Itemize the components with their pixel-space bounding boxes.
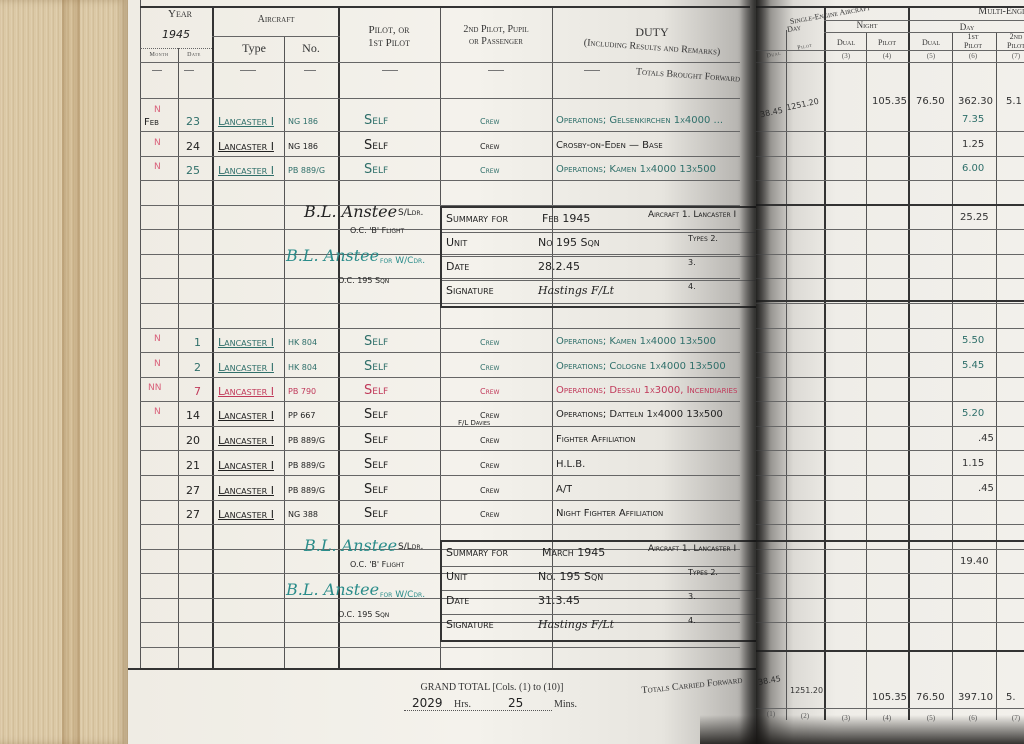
row-rule bbox=[140, 401, 740, 402]
dash bbox=[382, 70, 398, 71]
row-rule bbox=[756, 549, 1024, 550]
row-rule bbox=[140, 328, 740, 329]
col6-entry-value: .45 bbox=[978, 483, 994, 494]
monthly-summary-box: Summary forMarch 1945Aircraft 1. Lancast… bbox=[440, 540, 756, 642]
year-value: 1945 bbox=[162, 28, 190, 41]
second-pilot-line2: Pilot bbox=[996, 41, 1024, 50]
dash bbox=[304, 70, 316, 71]
entry-date: 25 bbox=[186, 164, 200, 177]
night-flag: N bbox=[154, 334, 161, 344]
row-rule bbox=[140, 500, 740, 501]
col6-entry-value: 7.35 bbox=[962, 114, 984, 125]
row-rule bbox=[756, 426, 1024, 427]
row-rule bbox=[140, 450, 740, 451]
log-entry-row[interactable]: 20Lancaster IPB 889/GSelfCrewFighter Aff… bbox=[128, 430, 738, 450]
row-rule bbox=[140, 156, 740, 157]
mar-summary-col6: 19.40 bbox=[960, 556, 989, 567]
col6-entry-value: 5.20 bbox=[962, 408, 984, 419]
entry-pilot: Self bbox=[364, 506, 388, 521]
bf-col5: 76.50 bbox=[916, 96, 945, 107]
feb-summary-col6: 25.25 bbox=[960, 212, 989, 223]
entry-pilot: Self bbox=[364, 457, 388, 472]
entry-aircraft-type: Lancaster I bbox=[218, 434, 274, 447]
signoff-1-role: O.C. 'B' Flight bbox=[350, 560, 404, 569]
first-pilot-6-header: 1st Pilot bbox=[952, 32, 994, 50]
night-flag: N bbox=[154, 138, 161, 148]
header-rule bbox=[756, 50, 1024, 51]
header-bottom-rule bbox=[756, 62, 1024, 63]
pilot-header-line2: 1st Pilot bbox=[338, 37, 440, 50]
entry-duty: Operations; Cologne 1x4000 13x500 bbox=[556, 361, 726, 372]
entry-aircraft-no: PB 889/G bbox=[288, 461, 325, 470]
row-rule bbox=[756, 622, 1024, 623]
log-entry-row[interactable]: NFeb23Lancaster ING 186SelfCrewOperation… bbox=[128, 111, 738, 131]
row-rule bbox=[140, 98, 740, 99]
col-no-6: (6) bbox=[952, 52, 994, 60]
bf-col2: 1251.20 bbox=[785, 97, 819, 113]
entry-pilot: Self bbox=[364, 407, 388, 422]
grand-total-minutes: 25 bbox=[508, 696, 523, 710]
entry-aircraft-no: PB 889/G bbox=[288, 166, 325, 175]
signoff-2-rank: for W/Cdr. bbox=[380, 256, 425, 266]
summary-title-label: Summary for bbox=[446, 212, 508, 225]
colno-rule bbox=[756, 708, 1024, 709]
row-rule bbox=[756, 450, 1024, 451]
bottom-col-no-7: (7) bbox=[996, 714, 1024, 722]
row-rule bbox=[140, 475, 740, 476]
entry-second-pilot: Crew bbox=[480, 166, 499, 175]
entry-duty: Operations; Datteln 1x4000 13x500 bbox=[556, 409, 723, 420]
row-rule bbox=[756, 303, 1024, 304]
row-rule bbox=[756, 475, 1024, 476]
header-rule bbox=[824, 20, 1024, 21]
pilot-4-header: Pilot bbox=[866, 38, 908, 47]
summary-signature-label: Signature bbox=[446, 284, 494, 297]
summary-unit-value: No 195 Sqn bbox=[538, 236, 600, 249]
summary-rule bbox=[756, 300, 1024, 302]
mins-label: Mins. bbox=[554, 699, 577, 710]
signoff-1-rank: S/Ldr. bbox=[398, 208, 423, 218]
page-bottom-rule bbox=[128, 668, 756, 670]
left-page: Year 1945 Month Date Aircraft Type No. P… bbox=[128, 0, 756, 744]
entry-second-pilot: Crew bbox=[480, 510, 499, 519]
col6-entry-value: 1.15 bbox=[962, 458, 984, 469]
entry-date: 23 bbox=[186, 115, 200, 128]
summary-title-value: March 1945 bbox=[542, 546, 605, 559]
header-top-rule bbox=[756, 6, 1024, 8]
night-flag: N bbox=[154, 162, 161, 172]
col6-entry-value: 6.00 bbox=[962, 163, 984, 174]
bottom-col-no-6: (6) bbox=[952, 714, 994, 722]
entry-aircraft-no: PP 667 bbox=[288, 411, 315, 420]
summary-date-aux: 3. bbox=[688, 592, 696, 601]
dash bbox=[488, 70, 504, 71]
year-rule bbox=[140, 48, 212, 50]
col-no-7: (7) bbox=[996, 52, 1024, 60]
page-edge-band bbox=[62, 0, 80, 744]
log-entry-row[interactable]: N24Lancaster ING 186SelfCrewCrosby-on-Ed… bbox=[128, 136, 738, 156]
summary-signature-value: Hastings F/Lt bbox=[538, 618, 614, 631]
signoff-2-signature: B.L. Anstee bbox=[286, 580, 379, 599]
bf-col4: 105.35 bbox=[872, 96, 907, 107]
second-pilot-line1: 2nd bbox=[996, 32, 1024, 41]
bf-col7: 5.1 bbox=[1006, 96, 1022, 107]
entry-second-pilot: Crew bbox=[480, 436, 499, 445]
summary-title-value: Feb 1945 bbox=[542, 212, 590, 225]
signoff-1-signature: B.L. Anstee bbox=[304, 536, 397, 555]
bf-col1: 38.45 bbox=[759, 106, 783, 120]
entry-aircraft-type: Lancaster I bbox=[218, 336, 274, 349]
column-rule bbox=[824, 6, 826, 720]
summary-date-label: Date bbox=[446, 594, 469, 607]
summary-unit-value: No. 195 Sqn bbox=[538, 570, 603, 583]
dash bbox=[184, 70, 194, 71]
row-rule bbox=[756, 573, 1024, 574]
dual-3-header: Dual bbox=[826, 38, 866, 47]
day-header-me: Day bbox=[908, 22, 1024, 32]
summary-date-value: 28.2.45 bbox=[538, 260, 580, 273]
col6-entry-value: 1.25 bbox=[962, 139, 984, 150]
entry-date: 7 bbox=[194, 385, 201, 398]
entry-duty: Operations; Dessau 1x3000, Incendiaries bbox=[556, 385, 737, 396]
entry-second-pilot: Crew bbox=[480, 338, 499, 347]
entry-duty: Operations; Kamen 1x4000 13x500 bbox=[556, 164, 716, 175]
entry-second-pilot: Crew bbox=[480, 142, 499, 151]
entry-second-pilot: Crew bbox=[480, 387, 499, 396]
entry-date: 14 bbox=[186, 409, 200, 422]
entry-aircraft-type: Lancaster I bbox=[218, 140, 274, 153]
header-top-rule bbox=[140, 6, 750, 8]
date-header: Date bbox=[178, 52, 210, 59]
dual-1-header: Dual bbox=[760, 49, 789, 62]
entry-aircraft-no: NG 186 bbox=[288, 117, 318, 126]
log-entry-row[interactable]: N2Lancaster IHK 804SelfCrewOperations; C… bbox=[128, 357, 738, 377]
entry-second-pilot: Crew bbox=[480, 117, 499, 126]
entry-aircraft-type: Lancaster I bbox=[218, 361, 274, 374]
row-rule bbox=[756, 500, 1024, 501]
summary-unit-label: Unit bbox=[446, 236, 467, 249]
aircraft-header: Aircraft bbox=[214, 14, 338, 26]
entry-pilot: Self bbox=[364, 432, 388, 447]
entry-pilot: Self bbox=[364, 383, 388, 398]
log-entry-row[interactable]: NN7Lancaster IPB 790SelfCrewOperations; … bbox=[128, 381, 738, 401]
entry-duty: Crosby-on-Eden — Base bbox=[556, 140, 663, 151]
entry-pilot: Self bbox=[364, 334, 388, 349]
row-rule bbox=[756, 278, 1024, 279]
signoff-1-role: O.C. 'B' Flight bbox=[350, 226, 404, 235]
cf-col5: 76.50 bbox=[916, 692, 945, 703]
first-pilot-line2: Pilot bbox=[952, 41, 994, 50]
row-rule bbox=[756, 524, 1024, 525]
second-pilot-header: 2nd Pilot, Pupil or Passenger bbox=[440, 24, 552, 47]
col6-entry-value: 5.50 bbox=[962, 335, 984, 346]
night-flag: N bbox=[154, 359, 161, 369]
column-rule bbox=[786, 30, 787, 720]
grand-total-label: GRAND TOTAL [Cols. (1) to (10)] bbox=[392, 682, 592, 694]
entry-aircraft-type: Lancaster I bbox=[218, 459, 274, 472]
row-rule bbox=[756, 156, 1024, 157]
entry-aircraft-no: NG 186 bbox=[288, 142, 318, 151]
type-header: Type bbox=[214, 42, 294, 56]
entry-second-pilot: Crew bbox=[480, 486, 499, 495]
entry-duty: Operations; Gelsenkirchen 1x4000 ... bbox=[556, 115, 723, 126]
bottom-col-no-4: (4) bbox=[866, 714, 908, 722]
monthly-summary-box: Summary forFeb 1945Aircraft 1. Lancaster… bbox=[440, 206, 756, 308]
entry-date: 27 bbox=[186, 484, 200, 497]
col-no-4: (4) bbox=[866, 52, 908, 60]
summary-title-aux: Aircraft 1. Lancaster I bbox=[648, 544, 736, 554]
summary-title-aux: Aircraft 1. Lancaster I bbox=[648, 210, 736, 220]
summary-rule bbox=[756, 204, 1024, 206]
entry-pilot: Self bbox=[364, 113, 388, 128]
log-entry-row[interactable]: N25Lancaster IPB 889/GSelfCrewOperations… bbox=[128, 160, 738, 180]
summary-row-rule bbox=[442, 590, 756, 591]
bottom-col-no-2: (2) bbox=[786, 712, 824, 720]
column-rule bbox=[952, 32, 953, 720]
entry-aircraft-type: Lancaster I bbox=[218, 409, 274, 422]
second-pilot-header-line1: 2nd Pilot, Pupil bbox=[440, 24, 552, 36]
cf-col2: 1251.20 bbox=[790, 686, 823, 695]
entry-month: Feb bbox=[144, 117, 159, 128]
entry-aircraft-type: Lancaster I bbox=[218, 508, 274, 521]
second-pilot-7-header: 2nd Pilot bbox=[996, 32, 1024, 50]
entry-aircraft-no: NG 388 bbox=[288, 510, 318, 519]
entry-pilot: Self bbox=[364, 162, 388, 177]
grand-total-line: 2029 Hrs. 25 Mins. bbox=[404, 698, 604, 712]
pilot-2-header: Pilot bbox=[788, 41, 823, 55]
entry-aircraft-no: HK 804 bbox=[288, 363, 317, 372]
pilot-header: Pilot, or 1st Pilot bbox=[338, 24, 440, 49]
row-rule bbox=[756, 131, 1024, 132]
summary-signature-aux: 4. bbox=[688, 616, 696, 625]
row-rule bbox=[756, 180, 1024, 181]
row-rule bbox=[756, 229, 1024, 230]
night-flag: NN bbox=[148, 383, 161, 393]
header-bottom-rule bbox=[140, 62, 740, 63]
row-rule bbox=[140, 524, 740, 525]
bf-col6: 362.30 bbox=[958, 96, 993, 107]
row-rule bbox=[756, 328, 1024, 329]
col6-entry-value: 5.45 bbox=[962, 360, 984, 371]
entry-duty: Fighter Affiliation bbox=[556, 434, 636, 445]
entry-pilot: Self bbox=[364, 359, 388, 374]
night-header: Night bbox=[826, 20, 908, 30]
entry-date: 27 bbox=[186, 508, 200, 521]
col-no-5: (5) bbox=[910, 52, 952, 60]
signoff-2-role: O.C. 195 Sqn bbox=[338, 276, 389, 285]
entry-aircraft-type: Lancaster I bbox=[218, 164, 274, 177]
dual-5-header: Dual bbox=[910, 38, 952, 47]
entry-aircraft-no: HK 804 bbox=[288, 338, 317, 347]
row-rule bbox=[140, 426, 740, 427]
entry-second-pilot: Crew bbox=[480, 461, 499, 470]
log-entry-row[interactable]: N1Lancaster IHK 804SelfCrewOperations; K… bbox=[128, 332, 738, 352]
entry-date: 21 bbox=[186, 459, 200, 472]
signoff-1-rank: S/Ldr. bbox=[398, 542, 423, 552]
row-rule bbox=[756, 401, 1024, 402]
entry-pilot: Self bbox=[364, 138, 388, 153]
bottom-col-no-5: (5) bbox=[910, 714, 952, 722]
dash bbox=[152, 70, 162, 71]
signoff-2-role: O.C. 195 Sqn bbox=[338, 610, 389, 619]
row-rule bbox=[756, 377, 1024, 378]
entry-aircraft-type: Lancaster I bbox=[218, 484, 274, 497]
entry-duty: H.L.B. bbox=[556, 459, 585, 470]
grand-total-hours: 2029 bbox=[412, 696, 443, 710]
row-rule bbox=[756, 352, 1024, 353]
entry-aircraft-no: PB 889/G bbox=[288, 486, 325, 495]
summary-rule bbox=[756, 540, 1024, 542]
log-entry-row[interactable]: 27Lancaster IPB 889/GSelfCrewA/T bbox=[128, 480, 738, 500]
entry-date: 20 bbox=[186, 434, 200, 447]
summary-unit-aux: Types 2. bbox=[688, 568, 718, 577]
pilot-header-line1: Pilot, or bbox=[338, 24, 440, 37]
summary-unit-aux: Types 2. bbox=[688, 234, 718, 243]
header-rule bbox=[824, 32, 1024, 33]
row-rule bbox=[756, 598, 1024, 599]
column-rule bbox=[866, 32, 867, 720]
dash bbox=[584, 70, 600, 71]
month-header: Month bbox=[142, 52, 176, 59]
entry-pilot: Self bbox=[364, 482, 388, 497]
summary-date-aux: 3. bbox=[688, 258, 696, 267]
summary-row-rule bbox=[442, 256, 756, 257]
book-page-edges bbox=[0, 0, 128, 744]
entry-aircraft-type: Lancaster I bbox=[218, 385, 274, 398]
summary-row-rule bbox=[442, 566, 756, 567]
entry-aircraft-no: PB 790 bbox=[288, 387, 316, 396]
summary-row-rule bbox=[442, 280, 756, 281]
entry-duty: A/T bbox=[556, 484, 572, 495]
row-rule bbox=[140, 180, 740, 181]
row-rule bbox=[140, 377, 740, 378]
summary-date-value: 31.3.45 bbox=[538, 594, 580, 607]
log-entry-row[interactable]: 21Lancaster IPB 889/GSelfCrewH.L.B. bbox=[128, 455, 738, 475]
summary-title-label: Summary for bbox=[446, 546, 508, 559]
totals-carried-forward: Totals Carried Forward bbox=[622, 673, 756, 699]
entry-duty: Operations; Kamen 1x4000 13x500 bbox=[556, 336, 716, 347]
signoff-2-rank: for W/Cdr. bbox=[380, 590, 425, 600]
entry-date: 1 bbox=[194, 336, 201, 349]
entry-duty: Night Fighter Affiliation bbox=[556, 508, 663, 519]
summary-row-rule bbox=[442, 614, 756, 615]
cf-col7: 5. bbox=[1006, 692, 1016, 703]
signoff-2-signature: B.L. Anstee bbox=[286, 246, 379, 265]
right-page: Single-Engine Aircraft Multi-Engine Day … bbox=[756, 0, 1024, 744]
cf-col6: 397.10 bbox=[958, 692, 993, 703]
entry-date: 2 bbox=[194, 361, 201, 374]
entry-second-pilot-note: F/L Davies bbox=[458, 419, 490, 427]
bottom-col-no-3: (3) bbox=[826, 714, 866, 722]
dash bbox=[240, 70, 256, 71]
row-rule bbox=[140, 647, 740, 648]
column-rule bbox=[908, 6, 910, 720]
cf-col4: 105.35 bbox=[872, 692, 907, 703]
log-entry-row[interactable]: N14Lancaster IPP 667SelfCrewF/L DaviesOp… bbox=[128, 405, 738, 425]
first-pilot-line1: 1st bbox=[952, 32, 994, 41]
col6-entry-value: .45 bbox=[978, 433, 994, 444]
signoff-1-signature: B.L. Anstee bbox=[304, 202, 397, 221]
row-rule bbox=[756, 254, 1024, 255]
entry-second-pilot: Crew bbox=[480, 363, 499, 372]
column-rule bbox=[996, 32, 997, 720]
year-header: Year bbox=[150, 8, 210, 21]
col-no-3: (3) bbox=[826, 52, 866, 60]
hrs-label: Hrs. bbox=[454, 699, 471, 710]
second-pilot-header-line2: or Passenger bbox=[440, 36, 552, 48]
entry-aircraft-type: Lancaster I bbox=[218, 115, 274, 128]
bottom-col-no-1: (1) bbox=[756, 710, 786, 718]
summary-row-rule bbox=[442, 232, 756, 233]
entry-aircraft-no: PB 889/G bbox=[288, 436, 325, 445]
night-flag: N bbox=[154, 407, 161, 417]
summary-signature-value: Hastings F/Lt bbox=[538, 284, 614, 297]
totals-brought-forward: Totals Brought Forward bbox=[618, 65, 756, 86]
summary-date-label: Date bbox=[446, 260, 469, 273]
entry-date: 24 bbox=[186, 140, 200, 153]
row-rule bbox=[140, 131, 740, 132]
log-entry-row[interactable]: 27Lancaster ING 388SelfCrewNight Fighter… bbox=[128, 504, 738, 524]
cf-col1: 38.45 bbox=[757, 674, 781, 687]
no-header: No. bbox=[284, 42, 338, 56]
night-flag: N bbox=[154, 105, 161, 115]
summary-signature-aux: 4. bbox=[688, 282, 696, 291]
aircraft-rule bbox=[212, 36, 340, 37]
totals-rule bbox=[756, 650, 1024, 652]
summary-signature-label: Signature bbox=[446, 618, 494, 631]
summary-unit-label: Unit bbox=[446, 570, 467, 583]
dotted-rule bbox=[404, 710, 552, 711]
row-rule bbox=[140, 352, 740, 353]
